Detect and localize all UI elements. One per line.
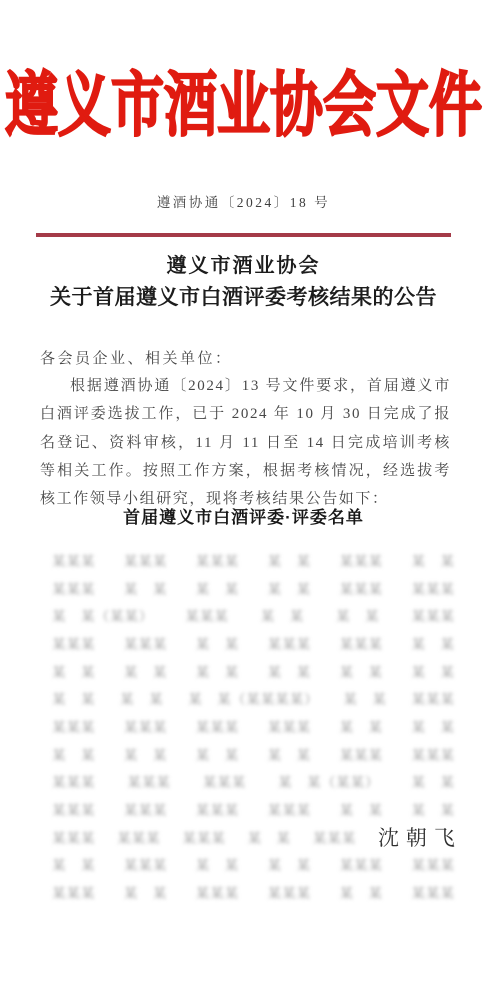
judge-name-list: 某某某某某某某某某某 某某某某某 某某某某某 某某 某某 某某某某某某某某 某（…: [52, 546, 455, 906]
blurred-judge-name: 某 某: [52, 854, 96, 874]
blurred-judge-name: 某 某: [124, 578, 168, 598]
blurred-judge-name: 某 某（某某）: [52, 605, 154, 625]
body-paragraph: 根据遵酒协通〔2024〕13 号文件要求，首届遵义市白酒评委选拔工作，已于 20…: [40, 372, 451, 513]
blurred-judge-name: 某某某: [182, 827, 226, 847]
blurred-judge-name: 某某某: [124, 854, 168, 874]
banner-title: 遵义市酒业协会文件: [0, 50, 487, 150]
blurred-judge-name: 某 某: [336, 605, 380, 625]
blurred-judge-name: 某 某: [196, 578, 240, 598]
blurred-judge-name: 某某某: [196, 550, 240, 570]
blurred-judge-name: 某 某: [268, 854, 312, 874]
blurred-judge-name: 某某某: [411, 854, 455, 874]
blurred-judge-name: 某某某: [196, 799, 240, 819]
blurred-judge-name: 某 某: [268, 578, 312, 598]
blurred-judge-name: 某 某: [196, 661, 240, 681]
blurred-judge-name: 某 某: [340, 799, 384, 819]
blurred-judge-name: 某某某: [52, 771, 96, 791]
blurred-judge-name: 某某某: [268, 633, 312, 653]
blurred-judge-name: 某 某: [340, 661, 384, 681]
blurred-judge-name: 某某某: [268, 799, 312, 819]
blurred-judge-name: 某某某: [52, 716, 96, 736]
blurred-judge-name: 某某某: [340, 744, 384, 764]
blurred-judge-name: 某某某: [196, 716, 240, 736]
document-page: 遵义市酒业协会文件 遵酒协通〔2024〕18 号 遵义市酒业协会 关于首届遵义市…: [0, 0, 487, 983]
name-row: 某某某某 某某 某某 某某某某某某某: [52, 574, 455, 602]
blurred-judge-name: 某某某: [268, 882, 312, 902]
blurred-judge-name: 某 某: [120, 688, 164, 708]
blurred-judge-name: 某 某: [196, 633, 240, 653]
blurred-judge-name: 某 某: [411, 633, 455, 653]
blurred-judge-name: 某某某: [412, 688, 456, 708]
blurred-judge-name: 某某某: [203, 771, 247, 791]
name-row: 某 某某某某某 某某 某某某某某某某: [52, 851, 455, 879]
blurred-judge-name: 某 某: [261, 605, 305, 625]
blurred-judge-name: 某 某: [248, 827, 292, 847]
name-row: 某 某某 某某 某某 某某 某某 某: [52, 657, 455, 685]
blurred-judge-name: 某某某: [340, 550, 384, 570]
name-row: 某某某某某某某某某某 某（某某）某 某: [52, 768, 455, 796]
blurred-judge-name: 某 某: [411, 550, 455, 570]
blurred-judge-name: 某某某: [124, 633, 168, 653]
blurred-judge-name: 某某某: [124, 716, 168, 736]
blurred-judge-name: 某 某（某某某某）: [188, 688, 319, 708]
blurred-judge-name: 某某某: [52, 799, 96, 819]
name-row: 某 某（某某）某某某某 某某 某某某某: [52, 601, 455, 629]
blurred-judge-name: 某某某: [52, 550, 96, 570]
blurred-judge-name: 某 某: [411, 799, 455, 819]
blurred-judge-name: 某某某: [52, 827, 96, 847]
name-row: 某 某某 某某 某（某某某某）某 某某某某: [52, 684, 455, 712]
blurred-judge-name: 某 某: [343, 688, 387, 708]
name-row: 某某某某某某某 某某某某某某某某 某: [52, 629, 455, 657]
blurred-judge-name: 某某某: [52, 633, 96, 653]
blurred-judge-name: 某某某: [117, 827, 161, 847]
blurred-judge-name: 某某某: [412, 605, 456, 625]
blurred-judge-name: 某 某: [124, 882, 168, 902]
blurred-judge-name: 某某某: [124, 550, 168, 570]
name-row: 某某某某某某某某某某某某某 某某 某: [52, 795, 455, 823]
name-row: 某某某某某某某某某某某某某 某某 某: [52, 712, 455, 740]
blurred-judge-name: 某 某: [124, 744, 168, 764]
blurred-judge-name: 某 某: [340, 882, 384, 902]
blurred-judge-name: 某某某: [340, 633, 384, 653]
blurred-judge-name: 某某某: [411, 882, 455, 902]
salutation: 各会员企业、相关单位：: [40, 347, 233, 368]
title-line-1: 遵义市酒业协会: [0, 249, 487, 278]
blurred-judge-name: 某某某: [52, 882, 96, 902]
blurred-judge-name: 某 某: [268, 744, 312, 764]
blurred-judge-name: 某 某: [412, 771, 456, 791]
blurred-judge-name: 某 某: [268, 550, 312, 570]
blurred-judge-name: 某 某（某某）: [278, 771, 380, 791]
blurred-judge-name: 某 某: [52, 661, 96, 681]
blurred-judge-name: 某 某: [411, 661, 455, 681]
doc-number: 遵酒协通〔2024〕18 号: [0, 191, 487, 211]
list-heading: 首届遵义市白酒评委·评委名单: [0, 503, 487, 528]
blurred-judge-name: 某 某: [52, 744, 96, 764]
blurred-judge-name: 某某某: [411, 578, 455, 598]
blurred-judge-name: 某 某: [268, 661, 312, 681]
blurred-judge-name: 某 某: [411, 716, 455, 736]
blurred-judge-name: 某 某: [124, 661, 168, 681]
name-row: 某某某某某某某某某某 某某某某某 某: [52, 546, 455, 574]
blurred-judge-name: 某某某: [340, 854, 384, 874]
blurred-judge-name: 某 某: [340, 716, 384, 736]
blurred-judge-name: 某某某: [185, 605, 229, 625]
visible-judge-name: 沈朝飞: [378, 822, 462, 852]
blurred-judge-name: 某某某: [268, 716, 312, 736]
blurred-judge-name: 某某某: [52, 578, 96, 598]
title-line-2: 关于首届遵义市白酒评委考核结果的公告: [0, 281, 487, 311]
blurred-judge-name: 某 某: [52, 688, 96, 708]
blurred-judge-name: 某某某: [127, 771, 171, 791]
name-row: 某某某某 某某某某某某某某 某某某某: [52, 878, 455, 906]
blurred-judge-name: 某 某: [196, 744, 240, 764]
name-row: 某某某某某某某某某某 某某某某沈朝飞: [52, 823, 455, 851]
blurred-judge-name: 某某某: [340, 578, 384, 598]
blurred-judge-name: 某某某: [196, 882, 240, 902]
blurred-judge-name: 某某某: [411, 744, 455, 764]
red-divider: [36, 233, 451, 237]
blurred-judge-name: 某 某: [196, 854, 240, 874]
blurred-judge-name: 某某某: [124, 799, 168, 819]
name-row: 某 某某 某某 某某 某某某某某某某: [52, 740, 455, 768]
blurred-judge-name: 某某某: [313, 827, 357, 847]
